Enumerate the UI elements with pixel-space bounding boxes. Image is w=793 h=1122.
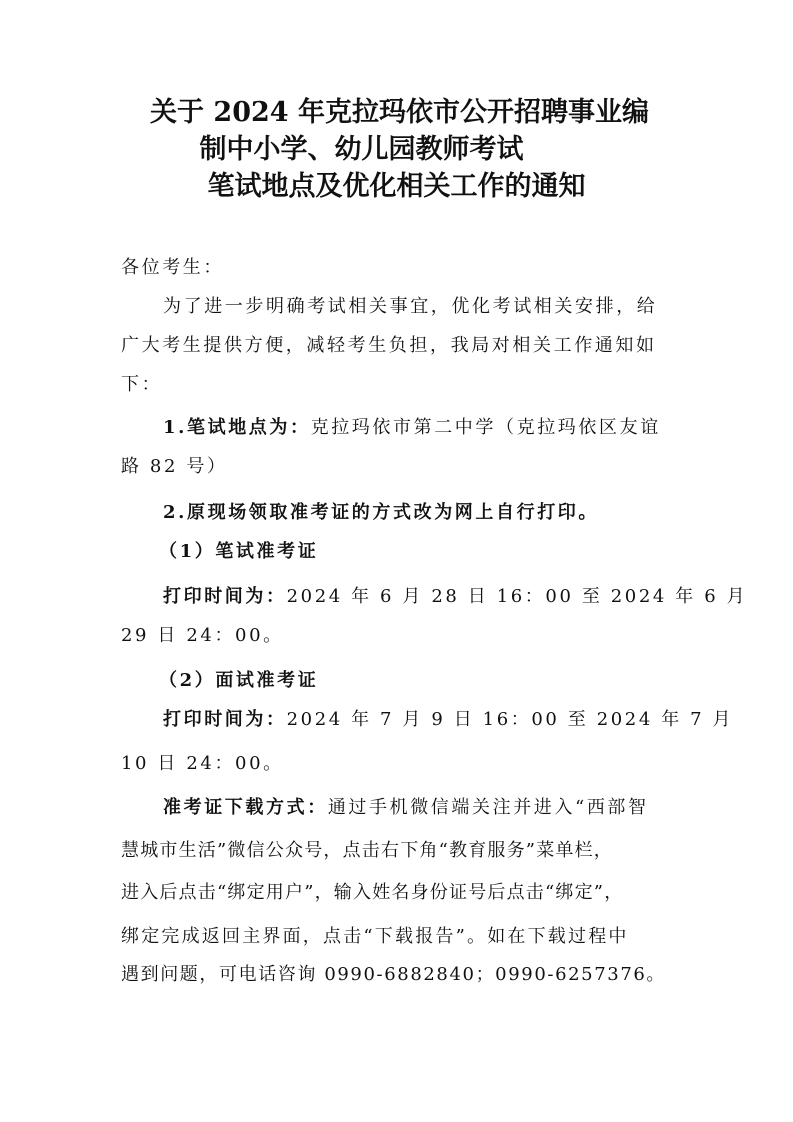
title-line-3: 笔试地点及优化相关工作的通知 [0, 170, 793, 204]
item1-line-2: 路 82 号） [121, 455, 228, 479]
interview-heading: （2）面试准考证 [159, 669, 318, 693]
item1-label: 1.笔试地点为： [163, 417, 311, 438]
download-line-4: 绑定完成返回主界面，点击“下载报告”。如在下载过程中 [121, 925, 629, 949]
interview-print-time: 2024 年 7 月 9 日 16：00 至 2024 年 7 月 [287, 709, 734, 730]
document-title: 关于 2024 年克拉玛依市公开招聘事业编 制中小学、幼儿园教师考试 笔试地点及… [0, 96, 793, 204]
item1-text: 克拉玛依市第二中学（克拉玛依区友谊 [311, 417, 661, 438]
item1-line-1: 1.笔试地点为：克拉玛依市第二中学（克拉玛依区友谊 [163, 416, 661, 440]
interview-print-line-2: 10 日 24：00。 [121, 752, 284, 776]
written-exam-print-line-1: 打印时间为：2024 年 6 月 28 日 16：00 至 2024 年 6 月 [163, 585, 747, 609]
download-label: 准考证下载方式： [163, 797, 328, 818]
download-line-1: 准考证下载方式：通过手机微信端关注并进入“西部智 [163, 796, 649, 820]
document-page: 关于 2024 年克拉玛依市公开招聘事业编 制中小学、幼儿园教师考试 笔试地点及… [0, 0, 793, 1122]
intro-line-3: 下： [121, 373, 162, 397]
title-line-1: 关于 2024 年克拉玛依市公开招聘事业编 [0, 96, 793, 130]
written-exam-print-line-2: 29 日 24：00。 [121, 624, 284, 648]
interview-print-line-1: 打印时间为：2024 年 7 月 9 日 16：00 至 2024 年 7 月 [163, 708, 733, 732]
written-exam-print-time: 2024 年 6 月 28 日 16：00 至 2024 年 6 月 [287, 586, 748, 607]
download-line-2: 慧城市生活”微信公众号，点击右下角“教育服务”菜单栏， [121, 839, 613, 863]
item2-text: 2.原现场领取准考证的方式改为网上自行打印。 [163, 501, 599, 525]
download-line-5: 遇到问题，可电话咨询 0990-6882840；0990-6257376。 [121, 963, 666, 987]
title-line-2: 制中小学、幼儿园教师考试 [0, 133, 793, 167]
download-text: 通过手机微信端关注并进入“西部智 [328, 797, 649, 818]
download-line-3: 进入后点击“绑定用户”，输入姓名身份证号后点击“绑定”， [121, 881, 623, 905]
salutation: 各位考生： [121, 256, 224, 280]
written-exam-print-label: 打印时间为： [163, 586, 287, 607]
interview-print-label: 打印时间为： [163, 709, 287, 730]
intro-line-2: 广大考生提供方便，减轻考生负担，我局对相关工作通知如 [121, 334, 657, 358]
intro-line-1: 为了进一步明确考试相关事宜，优化考试相关安排，给 [163, 295, 657, 319]
written-exam-heading: （1）笔试准考证 [159, 540, 318, 564]
